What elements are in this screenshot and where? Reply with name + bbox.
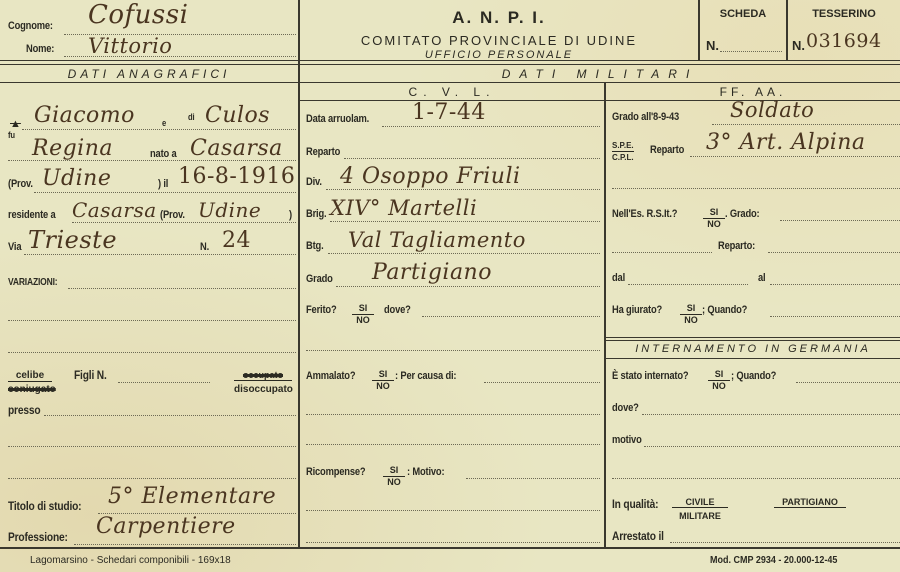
- rsi-reparto-line-left: [612, 252, 712, 253]
- rsi-grado-label: . Grado:: [725, 208, 759, 220]
- prov-label: (Prov.: [8, 178, 33, 190]
- grado-label: Grado: [306, 273, 333, 285]
- birthplace: Casarsa: [190, 136, 283, 161]
- titolo-label: Titolo di studio:: [8, 499, 81, 513]
- tesserino-label: TESSERINO: [788, 8, 900, 20]
- internato-quando-label: ; Quando?: [731, 370, 776, 382]
- rsi-grado-line: [780, 220, 900, 221]
- civile-option: CIVILE: [672, 497, 728, 508]
- rsi-reparto-label: Reparto:: [718, 240, 755, 252]
- footer-model: Mod. CMP 2934 - 20.000-12-45: [710, 555, 837, 566]
- spe-cpl: S.P.E. C.P.L.: [612, 140, 634, 163]
- presso-line-3: [8, 478, 296, 479]
- street-number: 24: [222, 228, 251, 253]
- giurato-quando-label: ; Quando?: [702, 304, 747, 316]
- footer-printer: Lagomarsino - Schedari componibili - 169…: [30, 555, 231, 566]
- ferito-dove-label: dove?: [384, 304, 411, 316]
- titolo-value: 5° Elementare: [108, 484, 276, 509]
- header-rule-2: [0, 64, 900, 65]
- reparto-label: Reparto: [306, 146, 340, 158]
- presso-line: [44, 415, 296, 416]
- causa-line-3: [306, 444, 600, 445]
- brig-line: [330, 221, 600, 222]
- ferito-label: Ferito?: [306, 304, 337, 316]
- brig-value: XIV° Martelli: [330, 196, 477, 220]
- div-label: Div.: [306, 176, 322, 188]
- tesserino-value: 031694: [806, 30, 882, 52]
- militari-title: DATI MILITARI: [300, 67, 900, 81]
- ffaa-grado-line: [712, 124, 900, 125]
- mother-surname: Culos: [205, 103, 270, 128]
- scheda-label: SCHEDA: [700, 8, 786, 20]
- variazioni-line-1: [68, 288, 296, 289]
- org-title: A. N. P. I.: [300, 8, 698, 28]
- rsi-si-no: SINO: [703, 207, 725, 230]
- disoccupato-option: disoccupato: [234, 384, 292, 395]
- ammalato-si-no: SINO: [372, 369, 394, 392]
- ferito-dove-line: [422, 316, 600, 317]
- coniugato-option: coniugato: [8, 384, 56, 395]
- ammalato-label: Ammalato?: [306, 370, 355, 382]
- di-label: di: [188, 112, 194, 122]
- grado-line: [336, 286, 600, 287]
- committee-title: COMITATO PROVINCIALE DI UDINE: [300, 33, 698, 48]
- motivo-line-3: [306, 542, 600, 543]
- ferito-line-2: [306, 350, 600, 351]
- occupato-option: occupato: [234, 370, 292, 381]
- res-prov-label: (Prov.: [160, 209, 185, 221]
- ffaa-grado-label: Grado all'8-9-43: [612, 111, 679, 123]
- tesserino-n-label: N.: [792, 38, 805, 53]
- footer-rule: [0, 547, 900, 549]
- al-line: [770, 284, 900, 285]
- int-motivo-label: motivo: [612, 434, 642, 446]
- btg-value: Val Tagliamento: [348, 228, 526, 252]
- al-label: al: [758, 272, 765, 284]
- via: Trieste: [28, 226, 117, 254]
- ffaa-reparto-line: [690, 156, 900, 157]
- causa-line: [484, 382, 600, 383]
- internamento-rule-2: [606, 340, 900, 341]
- res-prov: Udine: [198, 198, 261, 222]
- ffaa-reparto-label: Reparto: [650, 144, 684, 156]
- professione-line: [74, 544, 296, 545]
- variazioni-label: VARIAZIONI:: [8, 277, 57, 288]
- professione-value: Carpentiere: [96, 514, 236, 539]
- via-label: Via: [8, 241, 21, 253]
- motivo-line-2: [306, 510, 600, 511]
- internamento-rule: [606, 337, 900, 338]
- rsi-reparto-line: [768, 252, 900, 253]
- giurato-quando-line: [770, 316, 900, 317]
- giurato-label: Ha giurato?: [612, 304, 662, 316]
- int-motivo-line-2: [612, 478, 900, 479]
- div-line: [326, 189, 600, 190]
- res-prov-close: ): [289, 209, 292, 221]
- father-name: Giacomo: [34, 103, 135, 128]
- data-arruolam-label: Data arruolam.: [306, 113, 369, 125]
- internamento-title: INTERNAMENTO IN GERMANIA: [606, 343, 900, 355]
- btg-line: [328, 253, 600, 254]
- divider-ffaa: [604, 82, 606, 547]
- ricompense-label: Ricompense?: [306, 466, 365, 478]
- ffaa-title: FF. AA.: [606, 85, 900, 99]
- parents-line: [22, 129, 296, 130]
- data-arruolam-value: 1-7-44: [412, 100, 486, 125]
- residence: Casarsa: [72, 198, 157, 222]
- dal-line: [628, 284, 748, 285]
- ffaa-reparto-value: 3° Art. Alpina: [706, 130, 866, 155]
- btg-label: Btg.: [306, 240, 324, 252]
- int-motivo-line: [644, 446, 900, 447]
- causa-label: : Per causa di:: [395, 370, 456, 382]
- internato-label: È stato internato?: [612, 370, 688, 382]
- ferito-si-no: SINO: [352, 303, 374, 326]
- reparto-line: [344, 158, 600, 159]
- dal-label: dal: [612, 272, 625, 284]
- residente-label: residente a: [8, 209, 56, 221]
- motivo-label: : Motivo:: [407, 466, 444, 478]
- variazioni-line-2: [8, 320, 296, 321]
- birth-prov: Udine: [42, 166, 111, 191]
- scheda-line: [720, 51, 782, 52]
- div-value: 4 Osoppo Friuli: [340, 164, 521, 189]
- internato-quando-line: [796, 382, 900, 383]
- birthprov-line: [34, 192, 296, 193]
- partigiano-option: PARTIGIANO: [774, 497, 846, 508]
- grado-value: Partigiano: [372, 260, 492, 285]
- internato-si-no: SINO: [708, 369, 730, 392]
- celibe-option: celibe: [8, 370, 52, 382]
- figli-label: Figli N.: [74, 368, 107, 382]
- rsi-label: Nell'Es. R.S.It.?: [612, 208, 677, 220]
- e-label: e: [162, 118, 166, 128]
- arrestato-label: Arrestato il: [612, 529, 664, 543]
- ricompense-si-no: SINO: [383, 465, 405, 488]
- il-label: ) il: [158, 178, 168, 190]
- causa-line-2: [306, 414, 600, 415]
- motivo-line: [466, 478, 600, 479]
- cognome-label: Cognome:: [8, 20, 53, 32]
- nome-value: Vittorio: [88, 34, 172, 58]
- fu-mark: ▲: [10, 118, 21, 130]
- nome-label: Nome:: [26, 43, 54, 55]
- nato-label: nato a: [150, 148, 177, 160]
- presso-label: presso: [8, 403, 40, 417]
- office-title: UFFICIO PERSONALE: [300, 49, 698, 61]
- via-line: [24, 254, 296, 255]
- scheda-n-label: N.: [706, 38, 719, 53]
- presso-line-2: [8, 446, 296, 447]
- mother-name: Regina: [32, 136, 113, 161]
- birth-date: 16-8-1916: [178, 164, 295, 189]
- cognome-value: Cofussi: [88, 0, 188, 30]
- internamento-rule-3: [606, 358, 900, 359]
- int-dove-label: dove?: [612, 402, 639, 414]
- residence-line: [72, 222, 296, 223]
- n-label: N.: [200, 241, 209, 253]
- fu-label: fu: [8, 130, 15, 140]
- ffaa-line-2: [612, 188, 900, 189]
- professione-label: Professione:: [8, 530, 68, 544]
- section-rule: [0, 82, 900, 83]
- figli-line: [118, 382, 210, 383]
- data-arruolam-line: [382, 126, 600, 127]
- militare-option: MILITARE: [672, 511, 728, 521]
- variazioni-line-3: [8, 352, 296, 353]
- cvl-title: C. V. L.: [300, 85, 604, 99]
- arrestato-line: [670, 542, 900, 543]
- giurato-si-no: SINO: [680, 303, 702, 326]
- ffaa-grado-value: Soldato: [730, 98, 814, 122]
- brig-label: Brig.: [306, 208, 326, 220]
- int-dove-line: [642, 414, 900, 415]
- anagrafici-title: DATI ANAGRAFICI: [0, 67, 298, 81]
- qualita-label: In qualità:: [612, 497, 658, 511]
- anpi-record-card: Cognome: Cofussi Nome: Vittorio A. N. P.…: [0, 0, 900, 572]
